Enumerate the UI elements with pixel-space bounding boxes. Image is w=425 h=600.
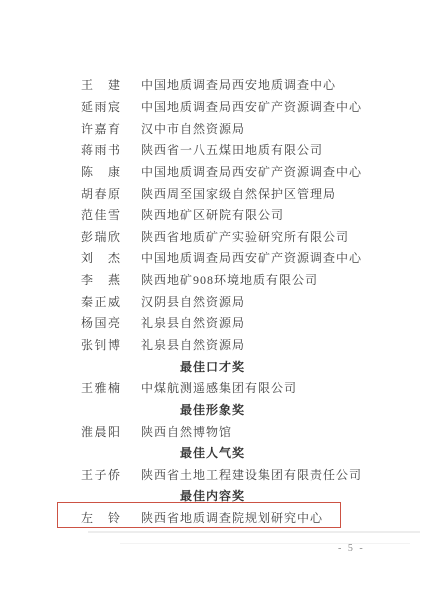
document-page: 王 建 中国地质调查局西安地质调查中心 延雨宸 中国地质调查局西安矿产资源调查中… xyxy=(0,0,425,600)
award-entry-row: 张钊博 礼泉县自然资源局 xyxy=(0,334,425,356)
award-entry-row: 彭瑞欣 陕西省地质矿产实验研究所有限公司 xyxy=(0,225,425,247)
recipient-name: 陈 康 xyxy=(81,163,121,180)
page-number: - 5 - xyxy=(338,543,365,554)
recipient-organization: 陕西周至国家级自然保护区管理局 xyxy=(141,185,336,202)
award-entry-row: 蒋雨书 陕西省一八五煤田地质有限公司 xyxy=(0,139,425,161)
recipient-organization: 汉中市自然资源局 xyxy=(141,120,245,137)
recipient-organization: 陕西地矿908环境地质有限公司 xyxy=(141,271,318,288)
recipient-name: 李 燕 xyxy=(81,271,121,288)
section-title-best-popularity: 最佳人气奖 xyxy=(0,442,425,464)
recipient-name: 王雅楠 xyxy=(81,379,121,396)
recipient-name: 彭瑞欣 xyxy=(81,228,121,245)
recipient-organization: 陕西自然博物馆 xyxy=(141,423,232,440)
award-entry-row: 胡春原 陕西周至国家级自然保护区管理局 xyxy=(0,182,425,204)
recipient-organization: 中煤航测遥感集团有限公司 xyxy=(141,379,297,396)
recipient-name: 许嘉育 xyxy=(81,120,121,137)
recipient-name: 王子侨 xyxy=(81,466,121,483)
award-entry-row: 刘 杰 中国地质调查局西安矿产资源调查中心 xyxy=(0,247,425,269)
award-entry-row: 许嘉育 汉中市自然资源局 xyxy=(0,117,425,139)
award-entry-row: 秦正威 汉阴县自然资源局 xyxy=(0,290,425,312)
recipient-organization: 中国地质调查局西安地质调查中心 xyxy=(141,76,336,93)
recipient-organization: 陕西省地质矿产实验研究所有限公司 xyxy=(141,228,349,245)
recipient-name: 杨国亮 xyxy=(81,314,121,331)
award-entry-row: 淮晨阳 陕西自然博物馆 xyxy=(0,420,425,442)
recipient-name: 刘 杰 xyxy=(81,249,121,266)
recipient-organization: 陕西地矿区研院有限公司 xyxy=(141,206,284,223)
award-entry-row: 李 燕 陕西地矿908环境地质有限公司 xyxy=(0,269,425,291)
recipient-organization: 中国地质调查局西安矿产资源调查中心 xyxy=(141,98,362,115)
award-entry-row: 王 建 中国地质调查局西安地质调查中心 xyxy=(0,74,425,96)
recipient-name: 延雨宸 xyxy=(81,98,121,115)
recipient-name: 张钊博 xyxy=(81,336,121,353)
award-list: 王 建 中国地质调查局西安地质调查中心 延雨宸 中国地质调查局西安矿产资源调查中… xyxy=(0,74,425,528)
award-entry-row: 王雅楠 中煤航测遥感集团有限公司 xyxy=(0,377,425,399)
award-entry-row: 陈 康 中国地质调查局西安矿产资源调查中心 xyxy=(0,161,425,183)
recipient-name: 范佳雪 xyxy=(81,206,121,223)
recipient-name: 蒋雨书 xyxy=(81,141,121,158)
section-title-best-content: 最佳内容奖 xyxy=(0,485,425,507)
recipient-organization: 礼泉县自然资源局 xyxy=(141,336,245,353)
award-entry-row: 王子侨 陕西省土地工程建设集团有限责任公司 xyxy=(0,464,425,486)
recipient-organization: 陕西省地质调查院规划研究中心 xyxy=(141,509,323,526)
recipient-organization: 礼泉县自然资源局 xyxy=(141,314,245,331)
recipient-organization: 陕西省土地工程建设集团有限责任公司 xyxy=(141,466,362,483)
scan-artifact-line xyxy=(120,543,410,544)
scan-artifact-line xyxy=(88,531,420,533)
recipient-name: 淮晨阳 xyxy=(81,423,121,440)
recipient-name: 左 铃 xyxy=(81,509,121,526)
recipient-organization: 中国地质调查局西安矿产资源调查中心 xyxy=(141,249,362,266)
section-title-best-eloquence: 最佳口才奖 xyxy=(0,355,425,377)
recipient-organization: 汉阴县自然资源局 xyxy=(141,293,245,310)
award-entry-row: 范佳雪 陕西地矿区研院有限公司 xyxy=(0,204,425,226)
recipient-name: 胡春原 xyxy=(81,185,121,202)
recipient-name: 王 建 xyxy=(81,76,121,93)
section-title-best-image: 最佳形象奖 xyxy=(0,399,425,421)
recipient-organization: 陕西省一八五煤田地质有限公司 xyxy=(141,141,323,158)
recipient-name: 秦正威 xyxy=(81,293,121,310)
award-entry-row-highlighted: 左 铃 陕西省地质调查院规划研究中心 xyxy=(0,507,425,529)
recipient-organization: 中国地质调查局西安矿产资源调查中心 xyxy=(141,163,362,180)
award-entry-row: 延雨宸 中国地质调查局西安矿产资源调查中心 xyxy=(0,96,425,118)
award-entry-row: 杨国亮 礼泉县自然资源局 xyxy=(0,312,425,334)
